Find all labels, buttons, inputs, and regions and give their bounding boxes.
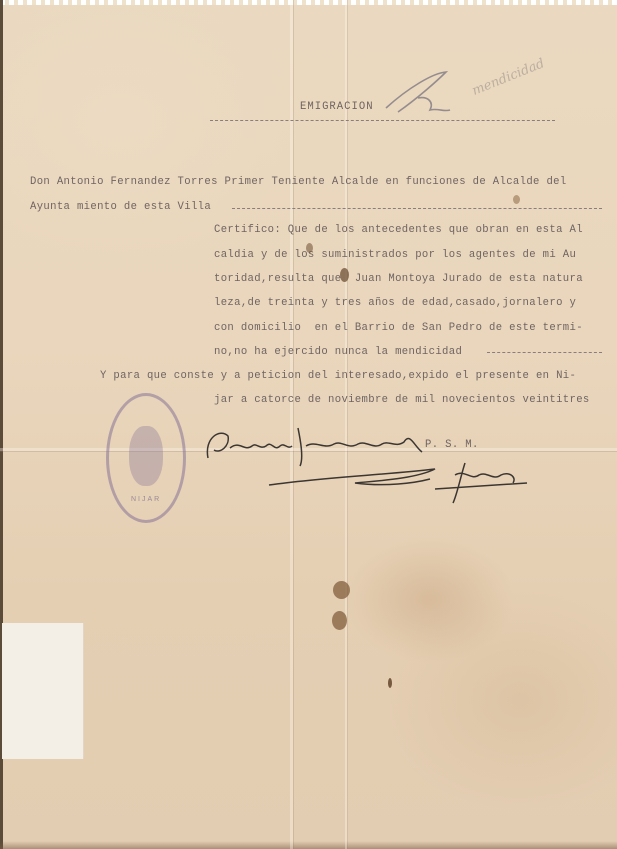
- stamp-text: NIJAR: [131, 496, 161, 503]
- fill-dashes: [232, 208, 602, 209]
- body-line: no,no ha ejercido nunca la mendicidad: [214, 346, 462, 358]
- fill-dashes: [487, 352, 602, 353]
- bottom-edge-shadow: [0, 841, 617, 849]
- body-line: Certifico: Que de los antecedentes que o…: [214, 224, 583, 236]
- document-title: EMIGRACION: [300, 101, 374, 113]
- ink-stain: [306, 243, 313, 253]
- ink-stain: [513, 195, 520, 204]
- ink-stain: [333, 581, 350, 599]
- pencil-annotation: mendicidad: [470, 56, 547, 99]
- body-line: caldia y de los suministrados por los ag…: [214, 249, 576, 261]
- coat-of-arms-icon: [129, 426, 163, 486]
- body-line: Don Antonio Fernandez Torres Primer Teni…: [30, 176, 567, 188]
- document-page: mendicidad EMIGRACION Don Antonio Fernan…: [0, 0, 617, 849]
- body-line: Y para que conste y a peticion del inter…: [100, 370, 576, 382]
- ink-stain: [332, 611, 347, 630]
- body-line: toridad,resulta que Juan Montoya Jurado …: [214, 273, 583, 285]
- signature-flourish-icon: [265, 455, 535, 505]
- official-stamp: NIJAR: [106, 393, 186, 523]
- pencil-scribble-icon: [378, 68, 458, 118]
- body-line: jar a catorce de noviembre de mil noveci…: [214, 394, 590, 406]
- body-line: con domicilio en el Barrio de San Pedro …: [214, 322, 583, 334]
- archive-label-patch: [2, 623, 84, 759]
- psm-abbreviation: P. S. M.: [425, 439, 479, 451]
- ink-stain: [340, 268, 349, 282]
- body-line: leza,de treinta y tres años de edad,casa…: [214, 297, 576, 309]
- ink-stain: [388, 678, 392, 688]
- body-line: Ayunta miento de esta Villa: [30, 201, 211, 213]
- title-underline: [210, 120, 555, 121]
- deckled-top-edge: [0, 0, 617, 5]
